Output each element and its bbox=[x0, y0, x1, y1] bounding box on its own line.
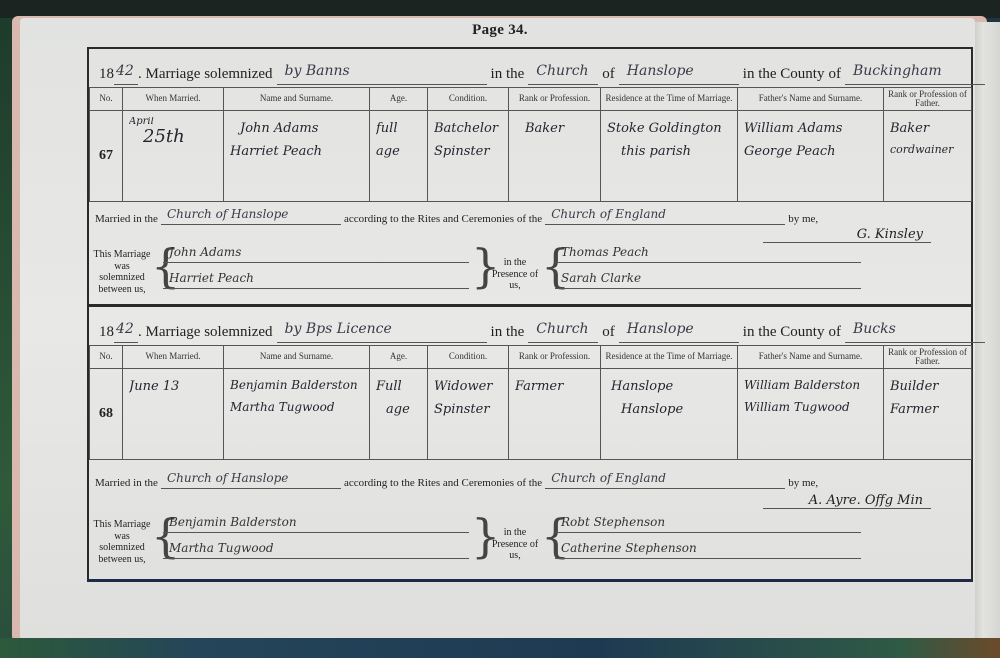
fathers: William AdamsGeorge Peach bbox=[738, 111, 884, 202]
conditions: BatchelorSpinster bbox=[428, 111, 509, 202]
table-row: 68 June 13 Benjamin BalderstonMartha Tug… bbox=[90, 369, 972, 460]
county-label: in the County bbox=[743, 324, 825, 343]
ranks: Baker bbox=[509, 111, 601, 202]
names: Benjamin BalderstonMartha Tugwood bbox=[224, 369, 370, 460]
ages: Fullage bbox=[370, 369, 428, 460]
married-in-place: Church of Hanslope bbox=[161, 471, 341, 489]
witness-signature-1: Thomas Peach bbox=[555, 245, 861, 263]
entry-headline: 1842. Marriage solemnized by Bps Licence… bbox=[99, 317, 989, 343]
page-title: Page 34. bbox=[0, 22, 1000, 39]
married-in-place: Church of Hanslope bbox=[161, 207, 341, 225]
header-when-married: When Married. bbox=[123, 346, 224, 369]
header-father-name: Father's Name and Surname. bbox=[738, 88, 884, 111]
header-rank: Rank or Profession. bbox=[509, 88, 601, 111]
year-suffix: 42 bbox=[114, 321, 138, 343]
solemnized-between-label: This Marriage was solemnized between us, bbox=[91, 519, 153, 565]
witness-signature-2: Catherine Stephenson bbox=[555, 541, 861, 559]
register-table: No. When Married. Name and Surname. Age.… bbox=[89, 345, 972, 460]
in-the-label: in the bbox=[491, 66, 525, 85]
witness-signature-2: Sarah Clarke bbox=[555, 271, 861, 289]
officiant-signature: A. Ayre. Offg Min bbox=[763, 493, 931, 509]
presence-label: in the Presence of us, bbox=[485, 527, 545, 562]
names: John AdamsHarriet Peach bbox=[224, 111, 370, 202]
year-prefix: 18 bbox=[99, 66, 114, 85]
party-signature-1: Benjamin Balderston bbox=[163, 515, 469, 533]
of-label: of bbox=[602, 324, 615, 343]
year-suffix: 42 bbox=[114, 63, 138, 85]
in-the-label: in the bbox=[491, 324, 525, 343]
county-of-label: of bbox=[828, 324, 841, 343]
when-married: April25th bbox=[123, 111, 224, 202]
marriage-entry-67: 1842. Marriage solemnized by Banns in th… bbox=[87, 47, 973, 306]
solemnized-label: . Marriage solemnized bbox=[138, 66, 273, 85]
entry-number: 67 bbox=[90, 111, 123, 202]
header-condition: Condition. bbox=[428, 88, 509, 111]
header-name: Name and Surname. bbox=[224, 346, 370, 369]
party-signature-2: Harriet Peach bbox=[163, 271, 469, 289]
table-row: 67 April25th John AdamsHarriet Peach ful… bbox=[90, 111, 972, 202]
party-signature-1: John Adams bbox=[163, 245, 469, 263]
residences: HanslopeHanslope bbox=[601, 369, 738, 460]
father-ranks: BuilderFarmer bbox=[884, 369, 972, 460]
fathers: William BalderstonWilliam Tugwood bbox=[738, 369, 884, 460]
rites-of: Church of England bbox=[545, 471, 785, 489]
married-in-line: Married in the Church of Hanslope accord… bbox=[95, 207, 818, 225]
header-residence: Residence at the Time of Marriage. bbox=[601, 346, 738, 369]
father-ranks: Bakercordwainer bbox=[884, 111, 972, 202]
book-cover-bottom bbox=[0, 638, 1000, 658]
witness-signature-1: Robt Stephenson bbox=[555, 515, 861, 533]
rites-of: Church of England bbox=[545, 207, 785, 225]
parish: Hanslope bbox=[619, 321, 739, 343]
parish: Hanslope bbox=[619, 63, 739, 85]
header-father-name: Father's Name and Surname. bbox=[738, 346, 884, 369]
header-no: No. bbox=[90, 346, 123, 369]
county-of-label: of bbox=[828, 66, 841, 85]
header-when-married: When Married. bbox=[123, 88, 224, 111]
solemnized-between-label: This Marriage was solemnized between us, bbox=[91, 249, 153, 295]
conditions: WidowerSpinster bbox=[428, 369, 509, 460]
ranks: Farmer bbox=[509, 369, 601, 460]
place-type: Church bbox=[528, 63, 598, 85]
place-type: Church bbox=[528, 321, 598, 343]
header-condition: Condition. bbox=[428, 346, 509, 369]
entry-number: 68 bbox=[90, 369, 123, 460]
of-label: of bbox=[602, 66, 615, 85]
county: Bucks bbox=[845, 321, 985, 343]
register-table: No. When Married. Name and Surname. Age.… bbox=[89, 87, 972, 202]
married-in-line: Married in the Church of Hanslope accord… bbox=[95, 471, 818, 489]
solemnized-by: by Bps Licence bbox=[277, 321, 487, 343]
entry-headline: 1842. Marriage solemnized by Banns in th… bbox=[99, 59, 989, 85]
marriage-entry-68: 1842. Marriage solemnized by Bps Licence… bbox=[87, 305, 973, 582]
header-name: Name and Surname. bbox=[224, 88, 370, 111]
party-signature-2: Martha Tugwood bbox=[163, 541, 469, 559]
header-age: Age. bbox=[370, 346, 428, 369]
header-no: No. bbox=[90, 88, 123, 111]
year-prefix: 18 bbox=[99, 324, 114, 343]
header-father-rank: Rank or Profession of Father. bbox=[884, 346, 972, 369]
presence-label: in the Presence of us, bbox=[485, 257, 545, 292]
header-rank: Rank or Profession. bbox=[509, 346, 601, 369]
county: Buckingham bbox=[845, 63, 985, 85]
header-father-rank: Rank or Profession of Father. bbox=[884, 88, 972, 111]
when-married: June 13 bbox=[123, 369, 224, 460]
header-residence: Residence at the Time of Marriage. bbox=[601, 88, 738, 111]
solemnized-label: . Marriage solemnized bbox=[138, 324, 273, 343]
header-age: Age. bbox=[370, 88, 428, 111]
residences: Stoke Goldingtonthis parish bbox=[601, 111, 738, 202]
solemnized-by: by Banns bbox=[277, 63, 487, 85]
county-label: in the County bbox=[743, 66, 825, 85]
officiant-signature: G. Kinsley bbox=[763, 227, 931, 243]
ages: fullage bbox=[370, 111, 428, 202]
